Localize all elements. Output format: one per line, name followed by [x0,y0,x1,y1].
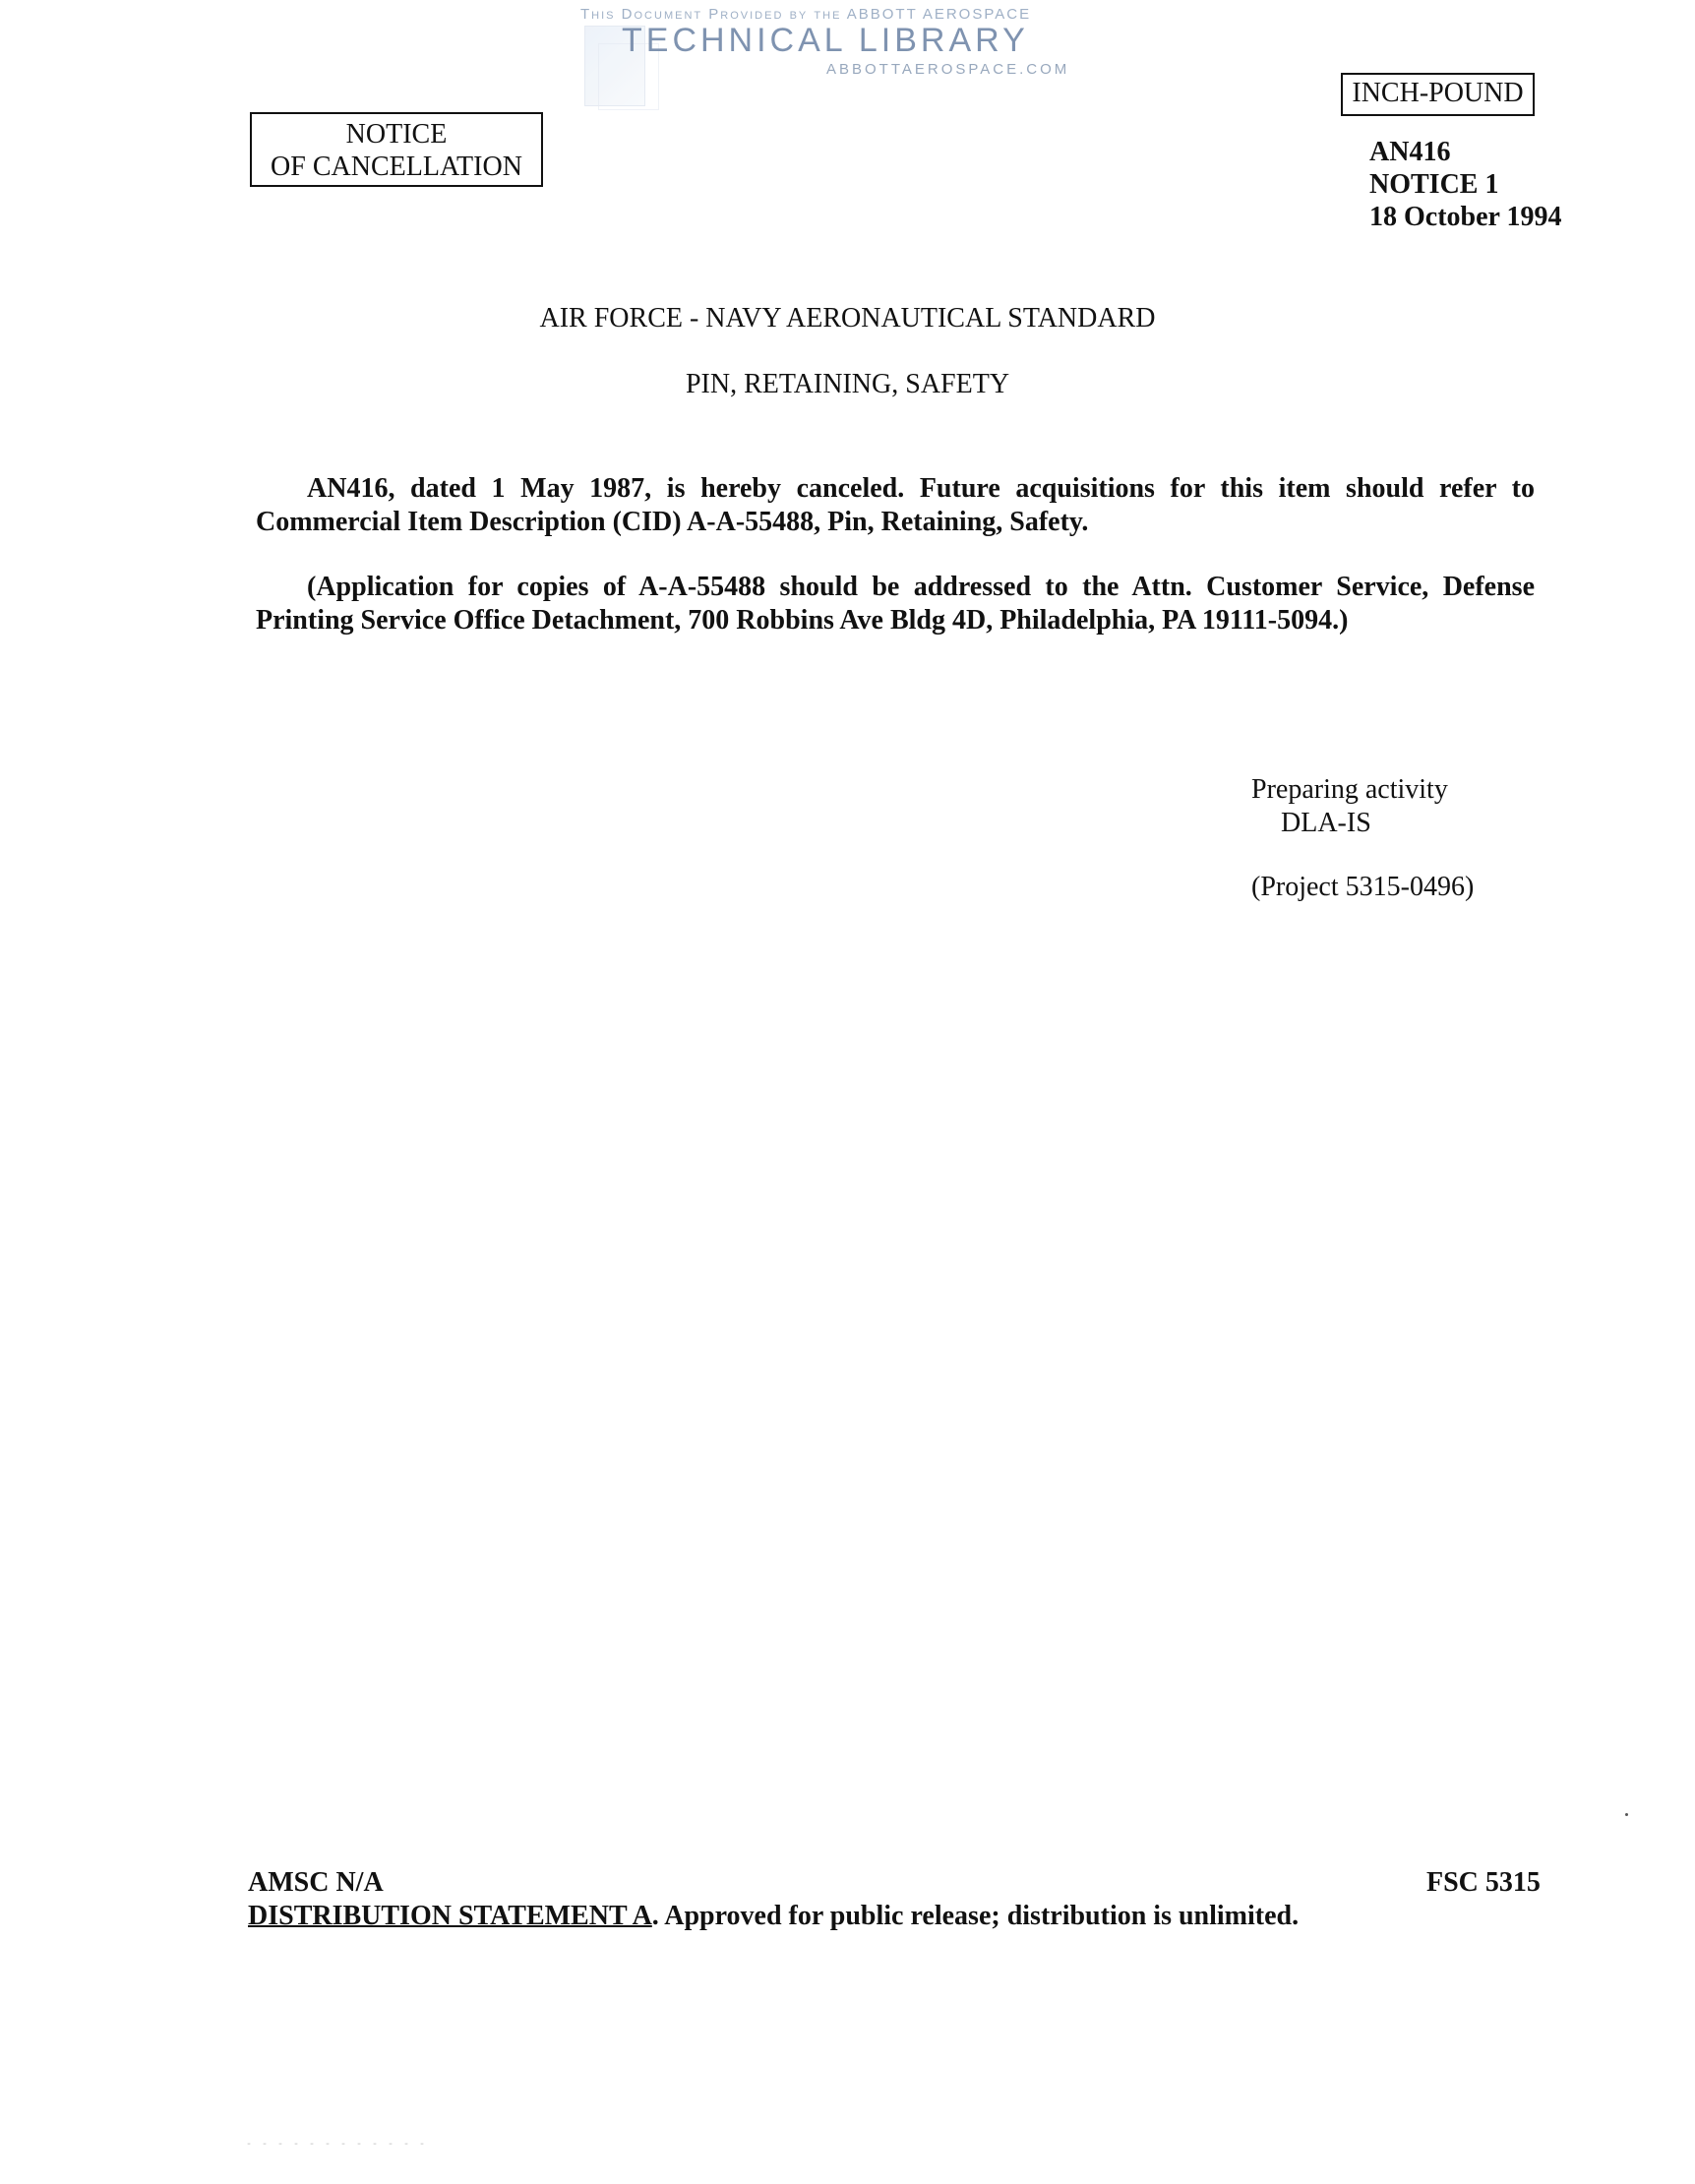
watermark-title: TECHNICAL LIBRARY [622,22,1029,60]
inch-pound-box: INCH-POUND [1341,73,1535,116]
subject-title: PIN, RETAINING, SAFETY [0,369,1695,400]
watermark-url: ABBOTTAEROSPACE.COM [826,61,1069,78]
scan-artifact: - - - - - - - - - - - - [246,2140,427,2151]
document-identifier: AN416 NOTICE 1 18 October 1994 [1369,136,1561,233]
preparing-activity: Preparing activity DLA-IS [1251,773,1448,840]
notice-of-cancellation-box: NOTICE OF CANCELLATION [250,112,543,187]
notice-number: NOTICE 1 [1369,168,1561,201]
watermark-provided-by: This Document Provided by the ABBOTT AER… [580,6,1031,23]
distribution-label: DISTRIBUTION STATEMENT A [248,1901,652,1931]
scan-speck [1625,1813,1628,1816]
preparing-activity-label: Preparing activity [1251,773,1448,807]
preparing-activity-name: DLA-IS [1251,807,1448,840]
fsc-code: FSC 5315 [1426,1867,1541,1899]
project-number: (Project 5315-0496) [1251,872,1474,903]
application-paragraph: (Application for copies of A-A-55488 sho… [256,571,1535,637]
cancellation-paragraph: AN416, dated 1 May 1987, is hereby cance… [256,472,1535,539]
standard-title: AIR FORCE - NAVY AERONAUTICAL STANDARD [0,303,1695,334]
notice-box-line1: NOTICE [252,118,541,151]
document-id: AN416 [1369,136,1561,168]
distribution-text: . Approved for public release; distribut… [652,1901,1299,1931]
notice-box-line2: OF CANCELLATION [252,151,541,183]
watermark-logo: This Document Provided by the ABBOTT AER… [578,4,1090,112]
amsc-code: AMSC N/A [248,1867,384,1899]
notice-date: 18 October 1994 [1369,201,1561,233]
distribution-statement: DISTRIBUTION STATEMENT A. Approved for p… [248,1901,1299,1932]
